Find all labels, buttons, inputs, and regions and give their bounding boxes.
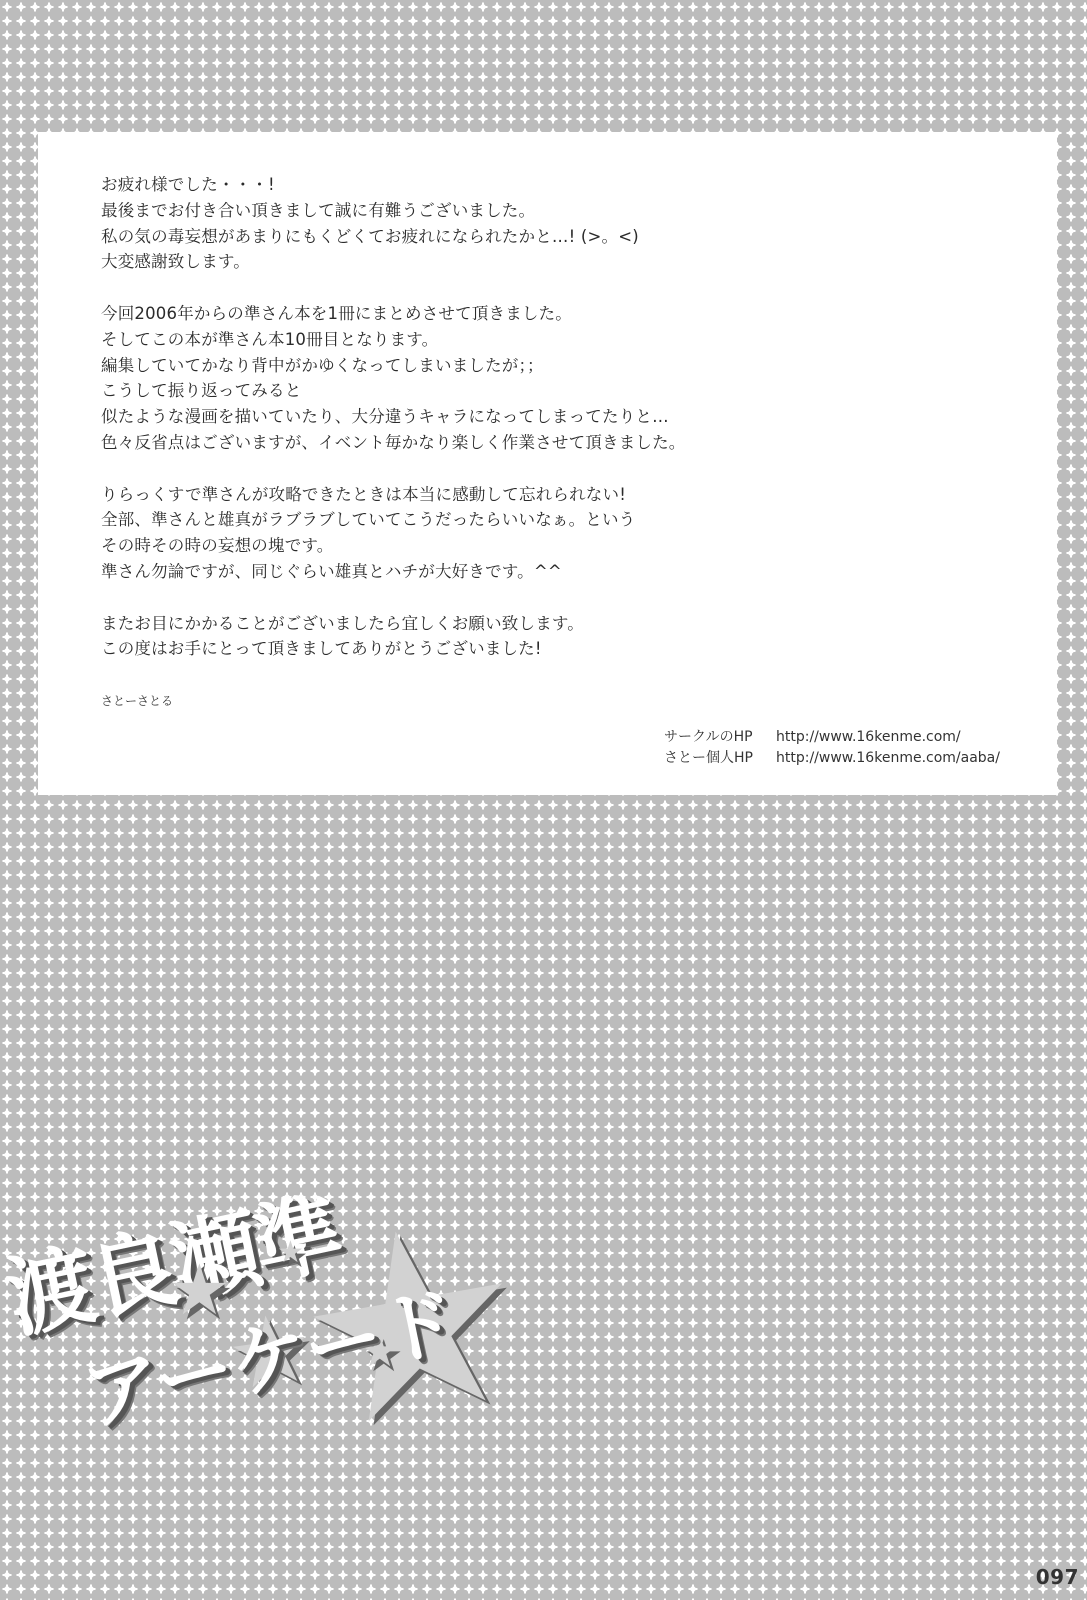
afterword-line: またお目にかかることがございましたら宜しくお願い致します。 xyxy=(101,611,1001,637)
afterword-line: 全部、準さんと雄真がラブラブしていてこうだったらいいなぁ。という xyxy=(101,507,1001,533)
afterword-line: りらっくすで準さんが攻略できたときは本当に感動して忘れられない! xyxy=(101,482,1001,508)
afterword-panel: お疲れ様でした・・・! 最後までお付き合い頂きまして誠に有難うございました。 私… xyxy=(38,132,1057,795)
afterword-line: 今回2006年からの準さん本を1冊にまとめさせて頂きました。 xyxy=(101,301,1001,327)
tiny-star-icon: ★ xyxy=(277,1238,304,1268)
afterword-body: お疲れ様でした・・・! 最後までお付き合い頂きまして誠に有難うございました。 私… xyxy=(101,172,1001,688)
afterword-line: 準さん勿論ですが、同じぐらい雄真とハチが大好きです。^^ xyxy=(101,559,1001,585)
circle-homepage-url[interactable]: http://www.16kenme.com/ xyxy=(776,727,961,748)
circle-homepage-label: サークルのHP xyxy=(664,727,776,748)
afterword-paragraph: りらっくすで準さんが攻略できたときは本当に感動して忘れられない! 全部、準さんと… xyxy=(101,482,1001,585)
afterword-line: 色々反省点はございますが、イベント毎かなり楽しく作業させて頂きました。 xyxy=(101,430,1001,456)
afterword-line: そしてこの本が準さん本10冊目となります。 xyxy=(101,327,1001,353)
afterword-line: 大変感謝致します。 xyxy=(101,249,1001,275)
afterword-line: 私の気の毒妄想があまりにもくどくてお疲れになられたかと…! (>。<) xyxy=(101,224,1001,250)
author-signature: さとーさとる xyxy=(101,692,173,709)
afterword-line: 似たような漫画を描いていたり、大分違うキャラになってしまってたりと… xyxy=(101,404,1001,430)
afterword-paragraph: 今回2006年からの準さん本を1冊にまとめさせて頂きました。 そしてこの本が準さ… xyxy=(101,301,1001,456)
afterword-line: 編集していてかなり背中がかゆくなってしまいましたが；； xyxy=(101,353,1001,379)
afterword-line: こうして振り返ってみると xyxy=(101,378,1001,404)
personal-homepage-url[interactable]: http://www.16kenme.com/aaba/ xyxy=(776,748,1000,769)
afterword-line: 最後までお付き合い頂きまして誠に有難うございました。 xyxy=(101,198,1001,224)
afterword-paragraph: またお目にかかることがございましたら宜しくお願い致します。 この度はお手にとって… xyxy=(101,611,1001,663)
afterword-line: その時その時の妄想の塊です。 xyxy=(101,533,1001,559)
afterword-paragraph: お疲れ様でした・・・! 最後までお付き合い頂きまして誠に有難うございました。 私… xyxy=(101,172,1001,275)
afterword-line: お疲れ様でした・・・! xyxy=(101,172,1001,198)
afterword-line: この度はお手にとって頂きましてありがとうございました! xyxy=(101,636,1001,662)
personal-homepage-label: さとー個人HP xyxy=(664,748,776,769)
circle-homepage-row: サークルのHP http://www.16kenme.com/ xyxy=(664,727,1000,748)
personal-homepage-row: さとー個人HP http://www.16kenme.com/aaba/ xyxy=(664,748,1000,769)
title-logo: ★ ★ ★ ★ ★ 渡良瀬準 アーケード xyxy=(0,1160,540,1600)
page-number: 097 xyxy=(1036,1565,1079,1589)
homepage-links: サークルのHP http://www.16kenme.com/ さとー個人HP … xyxy=(664,727,1000,769)
